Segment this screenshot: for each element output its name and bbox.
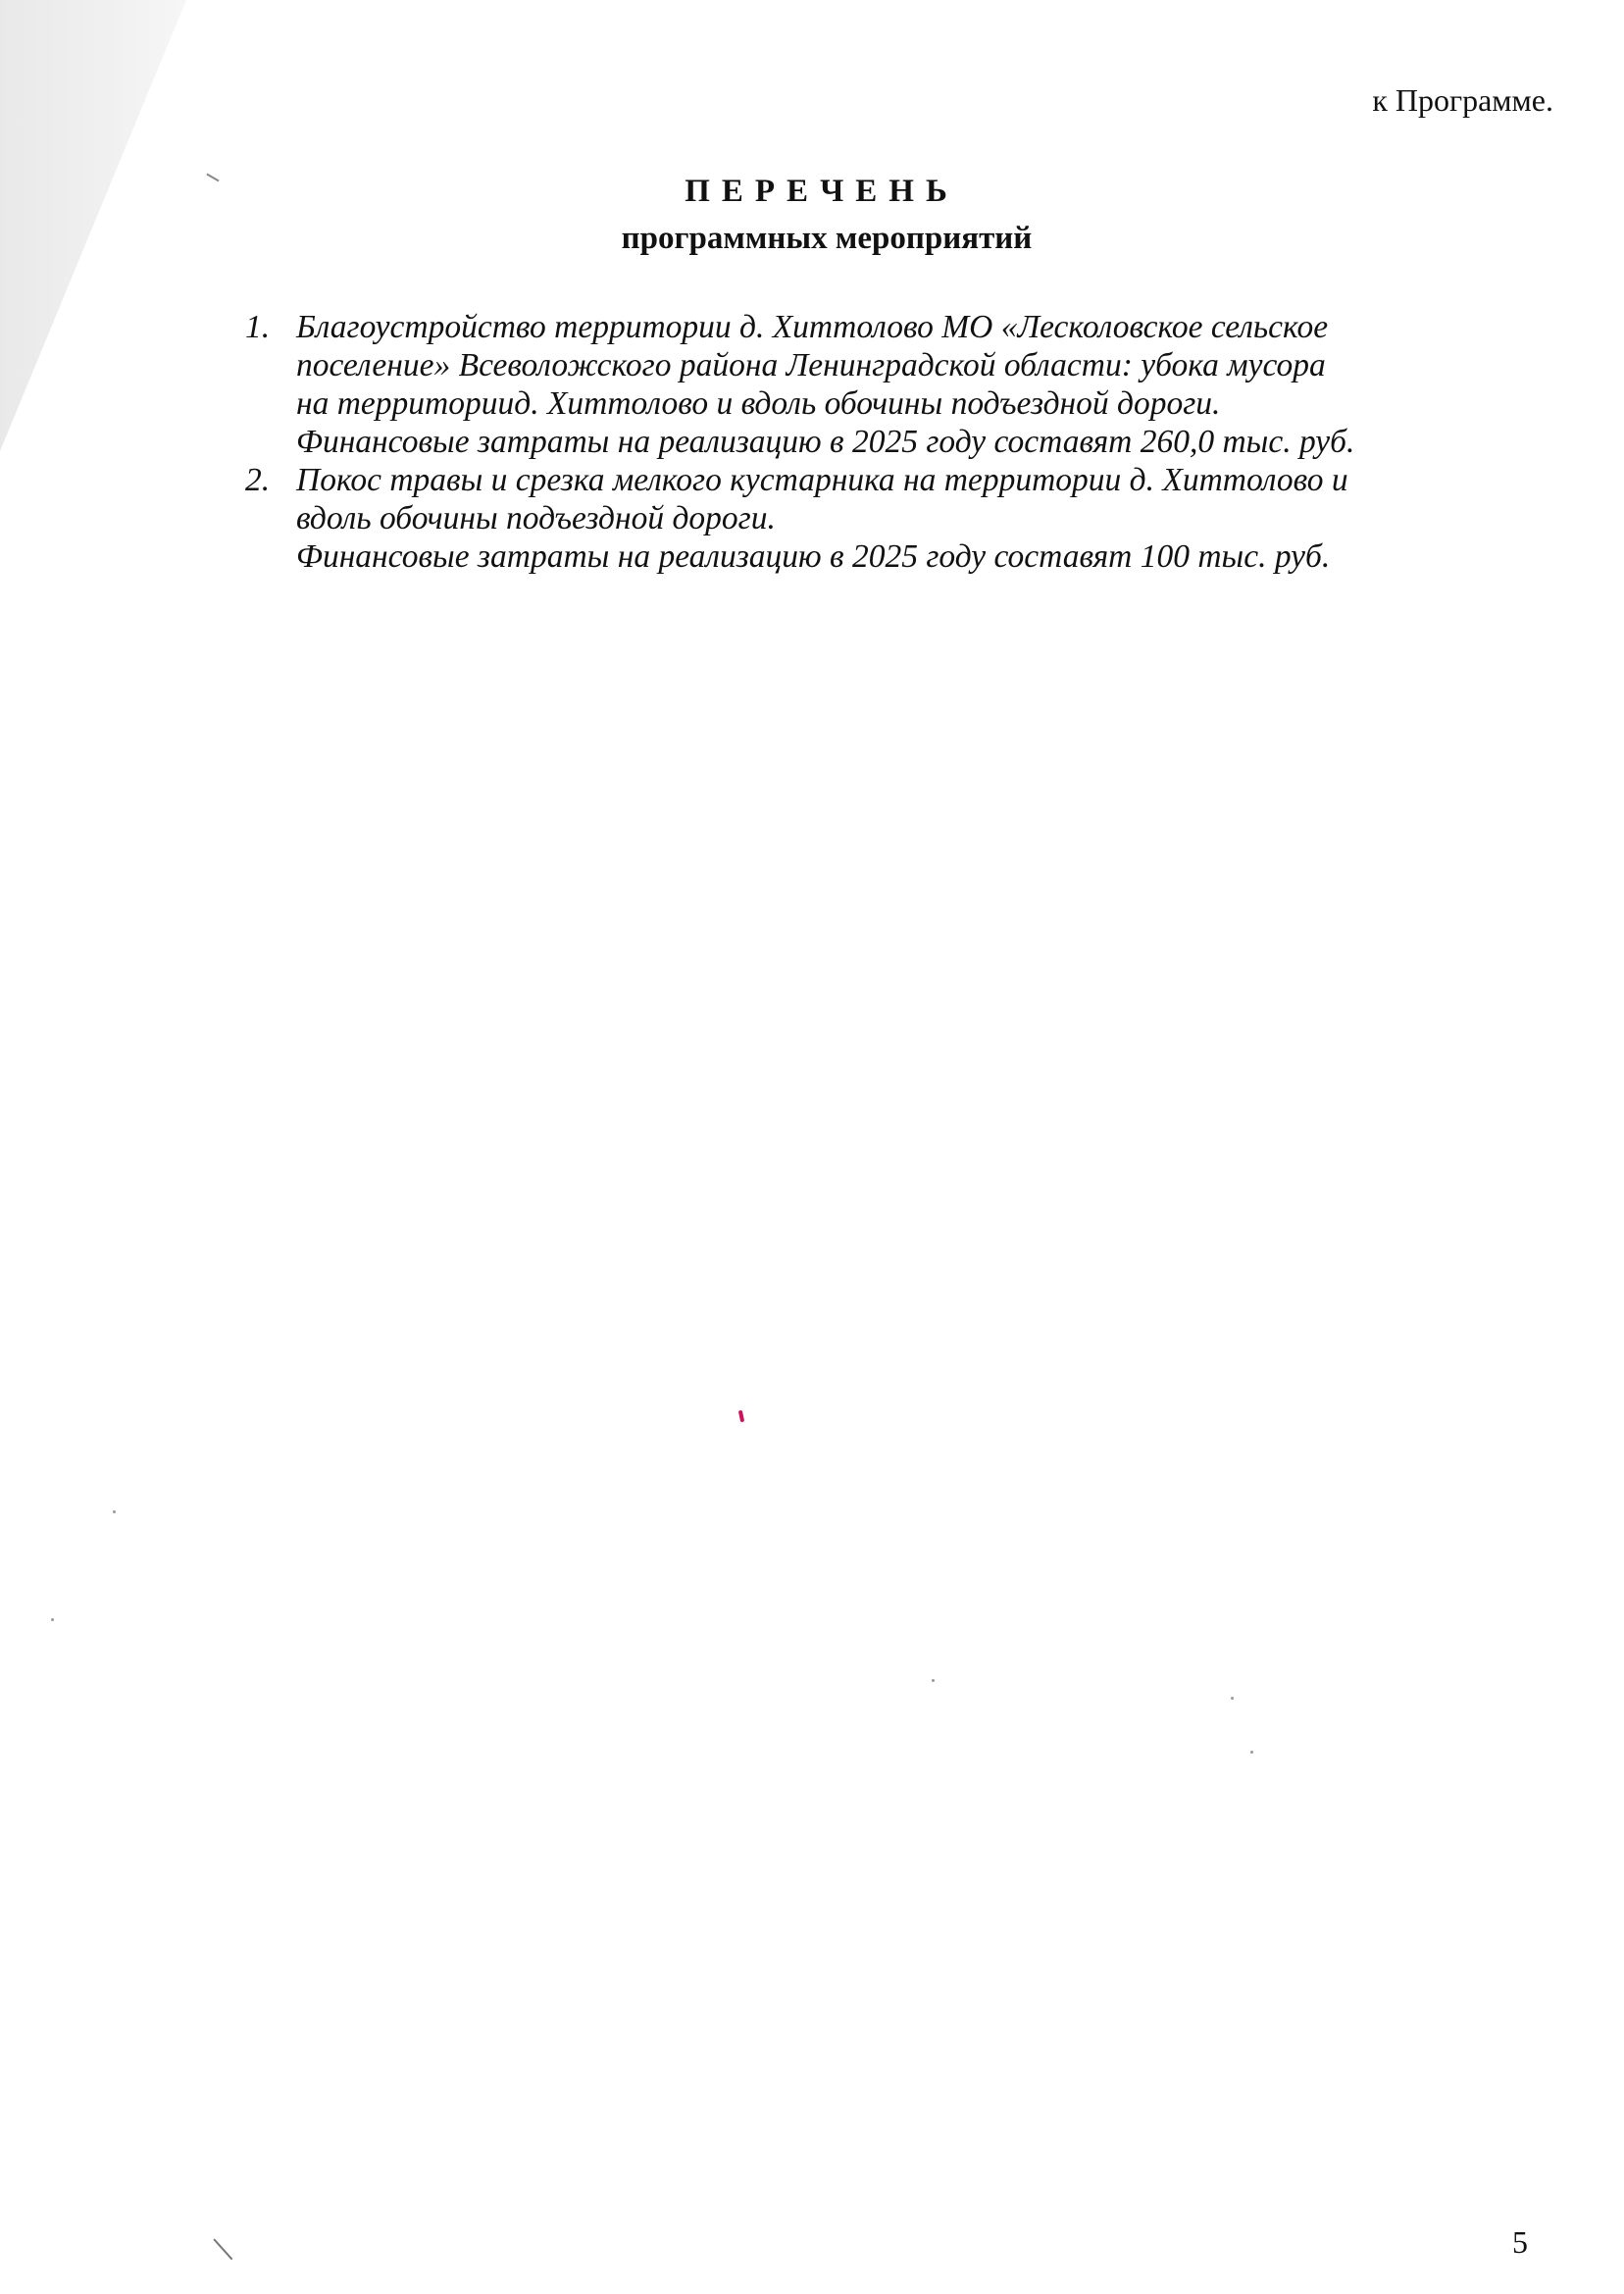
scan-speck [51, 1618, 54, 1621]
item-text-line: поселение» Всеволожского района Ленингра… [296, 346, 1549, 384]
scan-speck [1250, 1751, 1253, 1754]
appendix-reference: к Программе. [1372, 80, 1553, 120]
ink-mark [738, 1410, 744, 1423]
item-cost-line: Финансовые затраты на реализацию в 2025 … [296, 537, 1549, 576]
item-text-line: Благоустройство территории д. Хиттолово … [296, 308, 1549, 346]
document-title: ПЕРЕЧЕНЬ [0, 171, 1624, 212]
item-cost-line: Финансовые затраты на реализацию в 2025 … [296, 423, 1549, 461]
item-text-line: на территориид. Хиттолово и вдоль обочин… [296, 384, 1549, 423]
item-number: 1. [245, 308, 270, 346]
list-item: 1. Благоустройство территории д. Хиттоло… [245, 308, 1549, 461]
document-subtitle: программных мероприятий [0, 218, 1624, 259]
item-number: 2. [245, 461, 270, 499]
page-number: 5 [1512, 2222, 1528, 2262]
measures-list: 1. Благоустройство территории д. Хиттоло… [245, 308, 1549, 576]
item-text-line: Покос травы и срезка мелкого кустарника … [296, 461, 1549, 499]
scan-speck [932, 1679, 935, 1682]
item-text-line: вдоль обочины подъездной дороги. [296, 499, 1549, 537]
scan-speck [113, 1510, 116, 1513]
scan-scratch [213, 2238, 232, 2260]
list-item: 2. Покос травы и срезка мелкого кустарни… [245, 461, 1549, 576]
scan-speck [1231, 1697, 1234, 1700]
